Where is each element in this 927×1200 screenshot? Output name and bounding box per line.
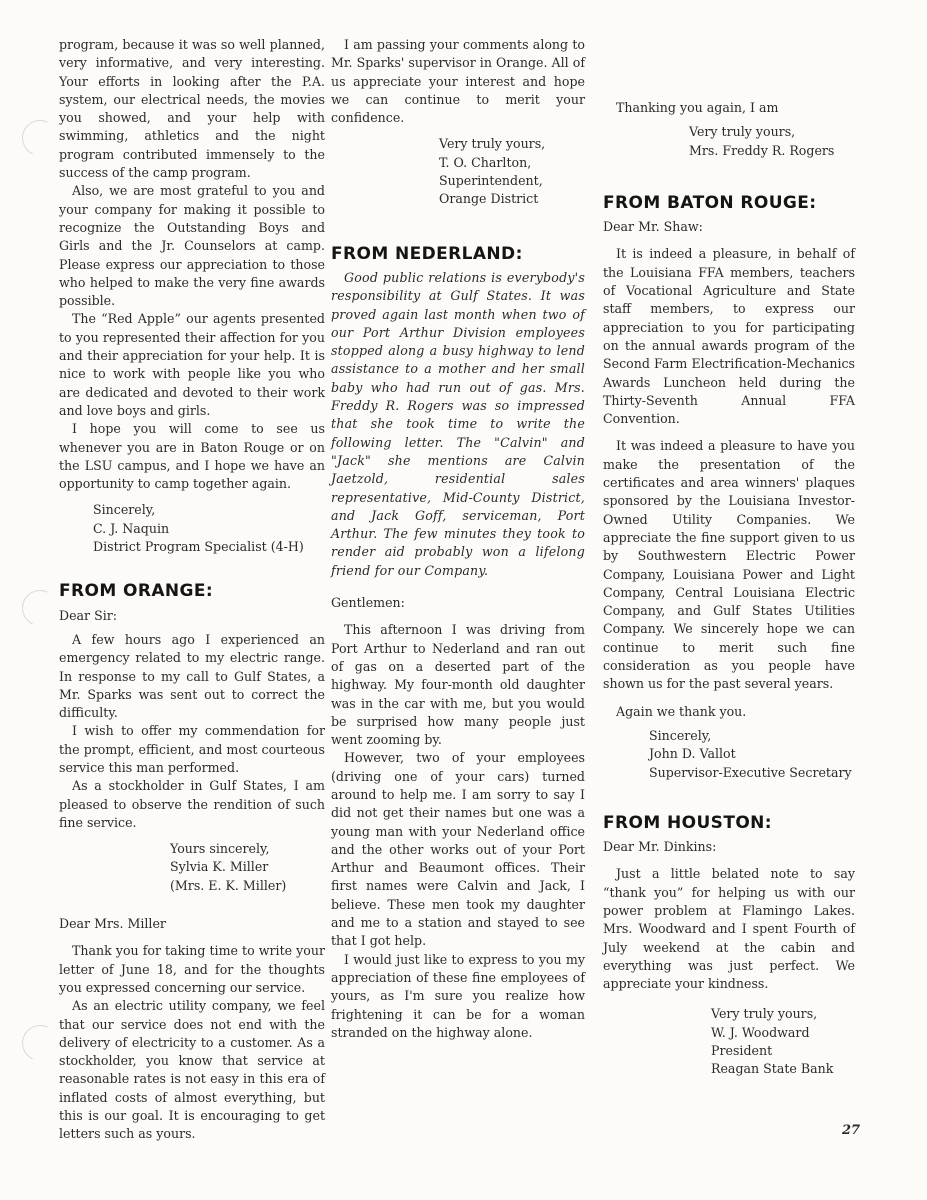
paragraph: However, two of your employees (driving … [331,749,585,950]
signature-line: Superintendent, [439,172,585,190]
paragraph: I wish to offer my commendation for the … [59,722,325,777]
signature-line: W. J. Woodward [711,1024,855,1042]
section-heading-nederland: FROM NEDERLAND: [331,245,585,263]
paragraph: Also, we are most grateful to you and yo… [59,182,325,310]
paragraph: Thank you for taking time to write your … [59,942,325,997]
column-1: program, because it was so well planned,… [59,36,325,1144]
paragraph: I would just like to express to you my a… [331,951,585,1042]
signature-block: Sincerely, C. J. Naquin District Program… [93,501,325,556]
signature-block: Very truly yours, T. O. Charlton, Superi… [439,135,585,208]
paragraph: I am passing your comments along to Mr. … [331,36,585,127]
paragraph: As a stockholder in Gulf States, I am pl… [59,777,325,832]
signature-line: Yours sincerely, [170,840,325,858]
page-number: 27 [842,1123,860,1138]
signature-block: Yours sincerely, Sylvia K. Miller (Mrs. … [170,840,325,895]
section-heading-baton-rouge: FROM BATON ROUGE: [603,194,855,212]
paragraph: As an electric utility company, we feel … [59,997,325,1143]
paragraph: I hope you will come to see us whenever … [59,420,325,493]
punch-hole [17,1020,63,1066]
paragraph: The “Red Apple” our agents presented to … [59,310,325,420]
paragraph: program, because it was so well planned,… [59,36,325,182]
signature-line: Mrs. Freddy R. Rogers [689,142,855,160]
editor-intro: Good public relations is everybody's res… [331,269,585,580]
paragraph: It was indeed a pleasure to have you mak… [603,437,855,693]
signature-line: Very truly yours, [439,135,585,153]
signature-line: C. J. Naquin [93,520,325,538]
signature-line: John D. Vallot [649,745,855,763]
signature-line: Orange District [439,190,585,208]
salutation: Dear Mrs. Miller [59,915,325,933]
signature-line: (Mrs. E. K. Miller) [170,877,325,895]
signature-line: Sincerely, [93,501,325,519]
signature-line: Very truly yours, [689,123,855,141]
signature-line: Reagan State Bank [711,1060,855,1078]
signature-line: Sylvia K. Miller [170,858,325,876]
closing: Again we thank you. [603,703,855,721]
paragraph: A few hours ago I experienced an emergen… [59,631,325,722]
signature-line: President [711,1042,855,1060]
salutation: Dear Sir: [59,607,325,625]
signature-line: District Program Specialist (4-H) [93,538,325,556]
closing: Thanking you again, I am [603,99,855,117]
paragraph: This afternoon I was driving from Port A… [331,621,585,749]
column-2: I am passing your comments along to Mr. … [331,36,585,1042]
salutation: Dear Mr. Dinkins: [603,838,855,856]
signature-line: Sincerely, [649,727,855,745]
column-3: Thanking you again, I am Very truly your… [603,36,855,1079]
signature-line: Very truly yours, [711,1005,855,1023]
signature-block: Very truly yours, Mrs. Freddy R. Rogers [689,123,855,160]
signature-line: T. O. Charlton, [439,154,585,172]
section-heading-orange: FROM ORANGE: [59,582,325,600]
signature-block: Very truly yours, W. J. Woodward Preside… [711,1005,855,1078]
signature-block: Sincerely, John D. Vallot Supervisor-Exe… [649,727,855,782]
punch-hole [17,585,63,631]
salutation: Dear Mr. Shaw: [603,218,855,236]
section-heading-houston: FROM HOUSTON: [603,814,855,832]
paragraph: It is indeed a pleasure, in behalf of th… [603,245,855,428]
signature-line: Supervisor-Executive Secretary [649,764,855,782]
paragraph: Just a little belated note to say “thank… [603,865,855,993]
salutation: Gentlemen: [331,594,585,612]
punch-hole [17,115,63,161]
